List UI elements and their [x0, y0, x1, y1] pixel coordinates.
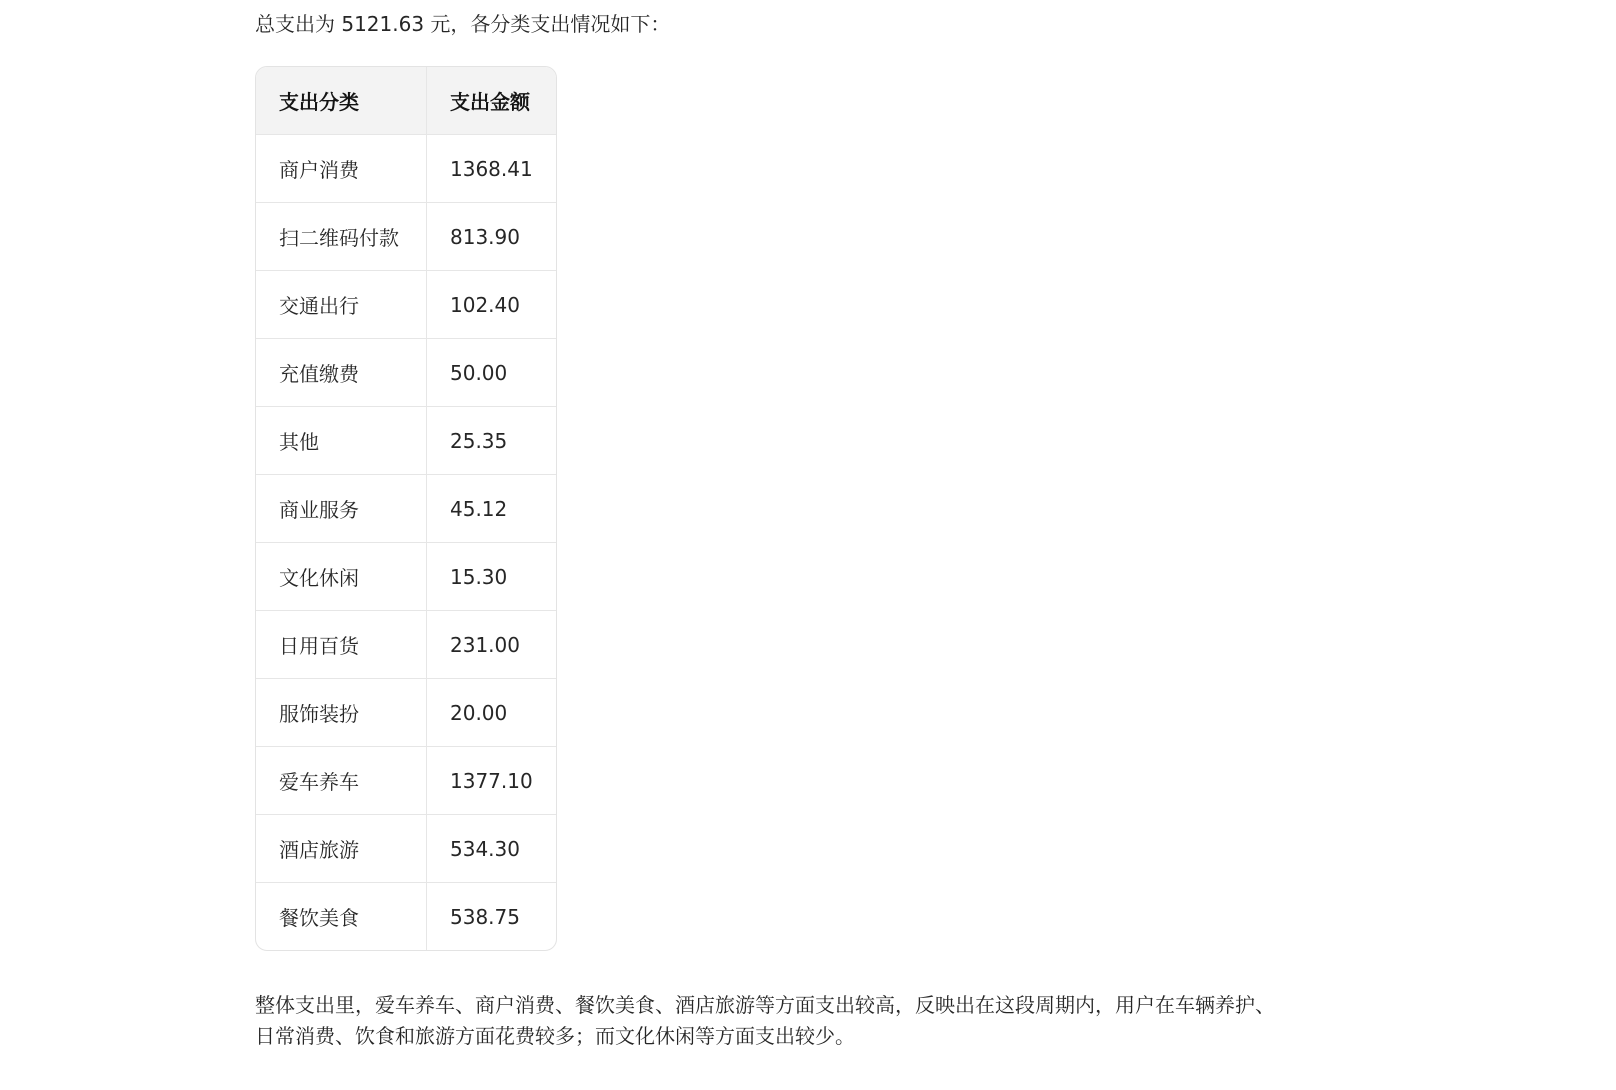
header-amount: 支出金额: [427, 67, 557, 135]
table-row: 文化休闲 15.30: [256, 543, 556, 611]
cell-category: 交通出行: [256, 271, 427, 339]
table-row: 充值缴费 50.00: [256, 339, 556, 407]
table-row: 爱车养车 1377.10: [256, 747, 556, 815]
expense-table-container: 支出分类 支出金额 商户消费 1368.41 扫二维码付款 813.90 交通出…: [255, 66, 557, 951]
cell-amount: 1377.10: [427, 747, 557, 815]
expense-table: 支出分类 支出金额 商户消费 1368.41 扫二维码付款 813.90 交通出…: [256, 67, 556, 950]
table-row: 服饰装扮 20.00: [256, 679, 556, 747]
table-row: 其他 25.35: [256, 407, 556, 475]
cell-amount: 538.75: [427, 883, 557, 951]
cell-category: 酒店旅游: [256, 815, 427, 883]
cell-category: 商户消费: [256, 135, 427, 203]
cell-amount: 813.90: [427, 203, 557, 271]
cell-amount: 231.00: [427, 611, 557, 679]
cell-amount: 50.00: [427, 339, 557, 407]
header-category: 支出分类: [256, 67, 427, 135]
table-row: 商业服务 45.12: [256, 475, 556, 543]
cell-category: 扫二维码付款: [256, 203, 427, 271]
cell-amount: 20.00: [427, 679, 557, 747]
summary-paragraph: 整体支出里，爱车养车、商户消费、餐饮美食、酒店旅游等方面支出较高，反映出在这段周…: [255, 990, 1285, 1052]
cell-category: 商业服务: [256, 475, 427, 543]
cell-category: 餐饮美食: [256, 883, 427, 951]
cell-category: 爱车养车: [256, 747, 427, 815]
table-row: 商户消费 1368.41: [256, 135, 556, 203]
cell-category: 文化休闲: [256, 543, 427, 611]
cell-amount: 1368.41: [427, 135, 557, 203]
cell-amount: 15.30: [427, 543, 557, 611]
table-row: 扫二维码付款 813.90: [256, 203, 556, 271]
cell-amount: 25.35: [427, 407, 557, 475]
cell-category: 日用百货: [256, 611, 427, 679]
table-header-row: 支出分类 支出金额: [256, 67, 556, 135]
table-row: 餐饮美食 538.75: [256, 883, 556, 951]
table-row: 交通出行 102.40: [256, 271, 556, 339]
table-row: 日用百货 231.00: [256, 611, 556, 679]
cell-amount: 45.12: [427, 475, 557, 543]
cell-category: 其他: [256, 407, 427, 475]
cell-category: 服饰装扮: [256, 679, 427, 747]
cell-amount: 534.30: [427, 815, 557, 883]
cell-amount: 102.40: [427, 271, 557, 339]
intro-text: 总支出为 5121.63 元，各分类支出情况如下：: [255, 9, 670, 39]
table-row: 酒店旅游 534.30: [256, 815, 556, 883]
cell-category: 充值缴费: [256, 339, 427, 407]
